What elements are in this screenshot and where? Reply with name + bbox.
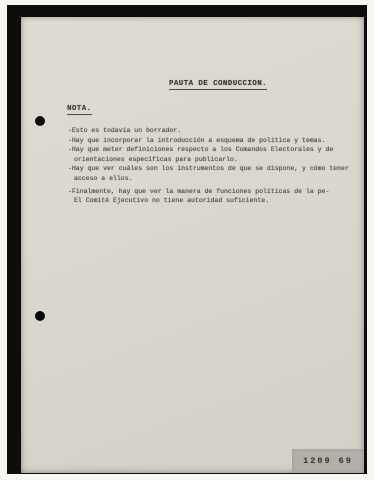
document-page: PAUTA DE CONDUCCION. NOTA. -Esto es toda… <box>21 17 364 473</box>
body-line: -Finalmente, hay que ver la manera de fu… <box>68 187 364 197</box>
body-line: -Hay que incorporar la introducción a es… <box>68 136 364 146</box>
archive-stamp-band: 1209 69 <box>292 449 364 473</box>
body-line: orientaciones específicas para publicarl… <box>68 155 364 165</box>
body-line: -Hay que meter definiciones respecto a l… <box>68 145 364 155</box>
scanned-document-screenshot: { "document": { "title": "PAUTA DE CONDU… <box>0 0 374 480</box>
archive-stamp-number: 1209 69 <box>303 456 353 466</box>
note-body: -Esto es todavía un borrador. -Hay que i… <box>68 126 364 206</box>
note-label: NOTA. <box>67 105 92 115</box>
scan-black-frame: PAUTA DE CONDUCCION. NOTA. -Esto es toda… <box>7 5 367 474</box>
hole-punch-top <box>35 116 45 126</box>
body-line: -Esto es todavía un borrador. <box>68 126 364 136</box>
document-title: PAUTA DE CONDUCCION. <box>169 80 267 90</box>
body-line: -Hay que ver cuáles son los instrumentos… <box>68 164 364 174</box>
hole-punch-bottom <box>35 311 45 321</box>
body-line: acceso a ellos. <box>68 174 364 184</box>
body-line: El Comité Ejecutivo no tiene autoridad s… <box>68 196 364 206</box>
